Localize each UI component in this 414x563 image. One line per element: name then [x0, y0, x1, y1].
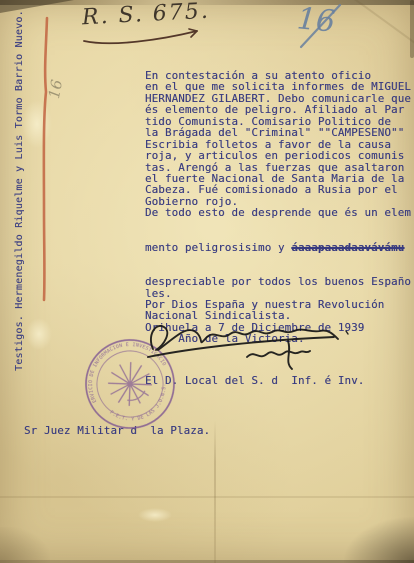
- document-scan: R. S. 675. 16 16 Testigos. Hermenegildo …: [0, 0, 414, 563]
- reference-underline-arrow: [84, 31, 197, 43]
- ink-marks-overlay: [0, 0, 414, 563]
- red-margin-line: [44, 18, 47, 300]
- signature: [148, 326, 348, 369]
- folio-slash: [301, 5, 340, 47]
